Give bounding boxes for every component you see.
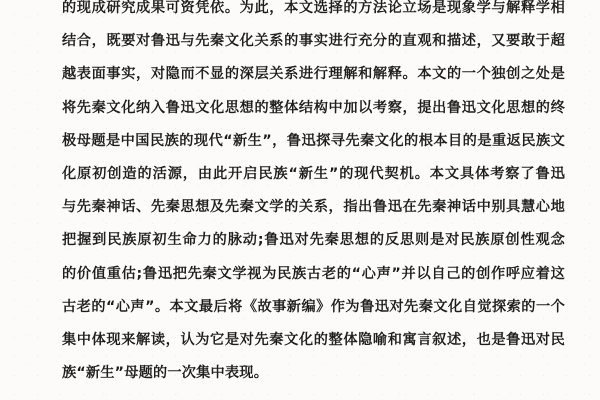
text-line: 古老的“心声”。本文最后将《故事新编》作为鲁迅对先秦文化自觉探索的一个	[62, 291, 565, 324]
text-line: 的价值重估;鲁迅把先秦文学视为民族古老的“心声”并以自己的创作呼应着这	[62, 258, 565, 291]
text-line: 化原初创造的活源，由此开启民族“新生”的现代契机。本文具体考察了鲁迅	[62, 158, 565, 191]
text-line: 把握到民族原初生命力的脉动;鲁迅对先秦思想的反思则是对民族原创性观念	[62, 224, 565, 257]
text-line: 集中体现来解读，认为它是对先秦文化的整体隐喻和寓言叙述，也是鲁迅对民	[62, 324, 565, 357]
text-line: 与先秦神话、先秦思想及先秦文学的关系，指出鲁迅在先秦神话中别具慧心地	[62, 191, 565, 224]
text-line: 越表面事实，对隐而不显的深层关系进行理解和解释。本文的一个独创之处是	[62, 58, 565, 91]
text-line: 极母题是中国民族的现代“新生”，鲁迅探寻先秦文化的根本目的是重返民族文	[62, 125, 565, 158]
scanned-document-page: 的现成研究成果可资凭依。为此，本文选择的方法论立场是现象学与解释学相结合，既要对…	[0, 0, 600, 400]
abstract-paragraph: 的现成研究成果可资凭依。为此，本文选择的方法论立场是现象学与解释学相结合，既要对…	[62, 0, 565, 390]
text-line: 的现成研究成果可资凭依。为此，本文选择的方法论立场是现象学与解释学相	[62, 0, 565, 25]
text-line: 结合，既要对鲁迅与先秦文化关系的事实进行充分的直观和描述，又要敢于超	[62, 25, 565, 58]
text-line: 将先秦文化纳入鲁迅文化思想的整体结构中加以考察，提出鲁迅文化思想的终	[62, 92, 565, 125]
text-line: 族“新生”母题的一次集中表现。	[62, 357, 565, 390]
